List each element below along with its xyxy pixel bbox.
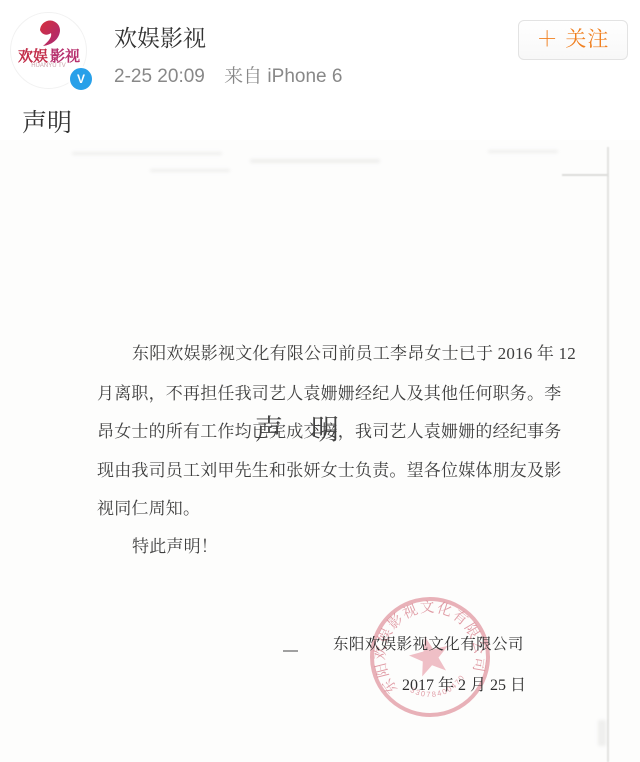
scan-streak — [72, 152, 222, 155]
statement-line: 视同仁周知。 — [97, 498, 200, 519]
statement-line: 现由我司员工刘甲先生和张妍女士负责。望各位媒体朋友及影 — [97, 460, 561, 481]
statement-line: 昂女士的所有工作均已完成交接，我司艺人袁姗姗的经纪事务 — [97, 421, 561, 442]
statement-date: 2017 年 2 月 25 日 — [402, 672, 526, 695]
paper-edge-line — [607, 147, 609, 762]
paper-edge-tick — [562, 174, 608, 176]
post-timestamp: 2-25 20:09 — [114, 66, 205, 87]
company-seal: 东阳欢娱影视文化有限公司 3307840047059 — [355, 582, 505, 732]
scan-streak — [488, 150, 558, 153]
statement-image[interactable]: 声 明 东阳欢娱影视文化有限公司前员工李昂女士已于 2016 年 12 月离职，… — [0, 140, 640, 762]
user-name[interactable]: 欢娱影视 — [114, 20, 206, 53]
scan-dash-artifact — [283, 650, 298, 652]
statement-line: 特此声明！ — [132, 536, 218, 557]
weibo-post-screen: 欢娱 影视 HUANYU TV V 欢娱影视 2-25 20:09 来自 iPh… — [0, 0, 640, 762]
statement-line: 东阳欢娱影视文化有限公司前员工李昂女士已于 2016 年 12 — [132, 343, 576, 364]
post-text: 声明 — [22, 103, 72, 139]
follow-button[interactable]: ＋ 关注 — [518, 20, 628, 60]
statement-company: 东阳欢娱影视文化有限公司 — [333, 632, 524, 654]
scan-streak — [250, 159, 380, 163]
verified-letter: V — [77, 72, 85, 86]
statement-line: 月离职，不再担任我司艺人袁姗姗经纪人及其他任何职务。李 — [97, 383, 561, 404]
scan-streak — [150, 169, 230, 172]
post-meta: 2-25 20:09 来自 iPhone 6 — [114, 61, 342, 88]
scan-streak — [598, 720, 606, 746]
verified-badge-icon: V — [68, 66, 94, 92]
post-source[interactable]: 来自 iPhone 6 — [224, 66, 342, 87]
